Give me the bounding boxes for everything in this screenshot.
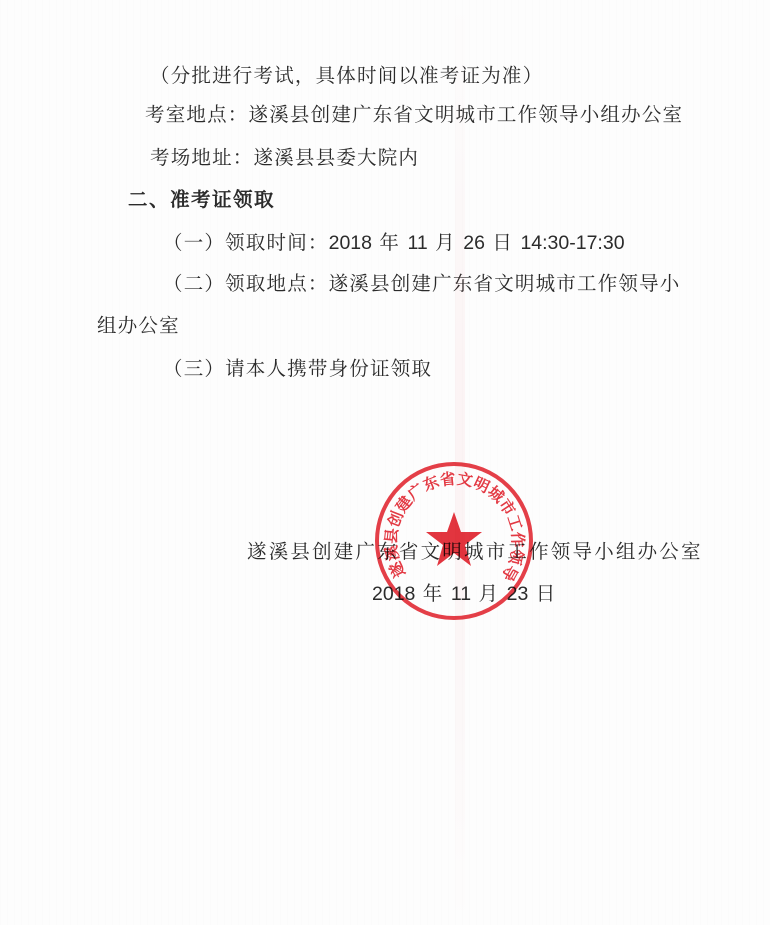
seal-graphic-icon: 遂溪县创建广东省文明城市工作领导小组办公室 <box>375 462 533 620</box>
pickup-location-value: 遂溪县创建广东省文明城市工作领导小 <box>329 272 681 295</box>
pickup-day: 26 <box>463 232 485 254</box>
pickup-location-continuation: 组办公室 <box>97 316 180 336</box>
section-two-heading: 二、准考证领取 <box>128 190 275 210</box>
batch-note: （分批进行考试，具体时间以准考证为准） <box>150 66 543 86</box>
pickup-requirement-prefix: （三） <box>163 357 225 380</box>
year-char: 年 <box>372 231 408 254</box>
exam-site-line: 考场地址：遂溪县县委大院内 <box>150 148 419 168</box>
exam-site-value: 遂溪县县委大院内 <box>254 146 420 169</box>
exam-site-label: 考场地址： <box>150 146 254 169</box>
exam-room-label: 考室地点： <box>145 103 249 126</box>
pickup-year: 2018 <box>329 232 372 254</box>
official-seal-stamp: 遂溪县创建广东省文明城市工作领导小组办公室 <box>375 462 533 620</box>
pickup-location-label: （二）领取地点： <box>163 272 329 295</box>
exam-room-line: 考室地点：遂溪县创建广东省文明城市工作领导小组办公室 <box>145 105 683 125</box>
pickup-hours: 14:30-17:30 <box>520 232 624 254</box>
day-char: 日 <box>485 231 521 254</box>
pickup-requirement-line: （三）请本人携带身份证领取 <box>163 359 432 379</box>
pickup-time-line: （一）领取时间：2018 年 11 月 26 日 14:30-17:30 <box>163 233 625 254</box>
document-page: （分批进行考试，具体时间以准考证为准） 考室地点：遂溪县创建广东省文明城市工作领… <box>0 0 770 925</box>
pickup-location-line: （二）领取地点：遂溪县创建广东省文明城市工作领导小 <box>163 274 681 294</box>
exam-room-value: 遂溪县创建广东省文明城市工作领导小组办公室 <box>249 103 684 126</box>
star-icon <box>426 512 482 566</box>
pickup-time-label: （一）领取时间： <box>163 231 329 254</box>
month-char: 月 <box>428 231 464 254</box>
pickup-requirement-value: 请本人携带身份证领取 <box>225 357 432 380</box>
pickup-month: 11 <box>408 232 428 254</box>
